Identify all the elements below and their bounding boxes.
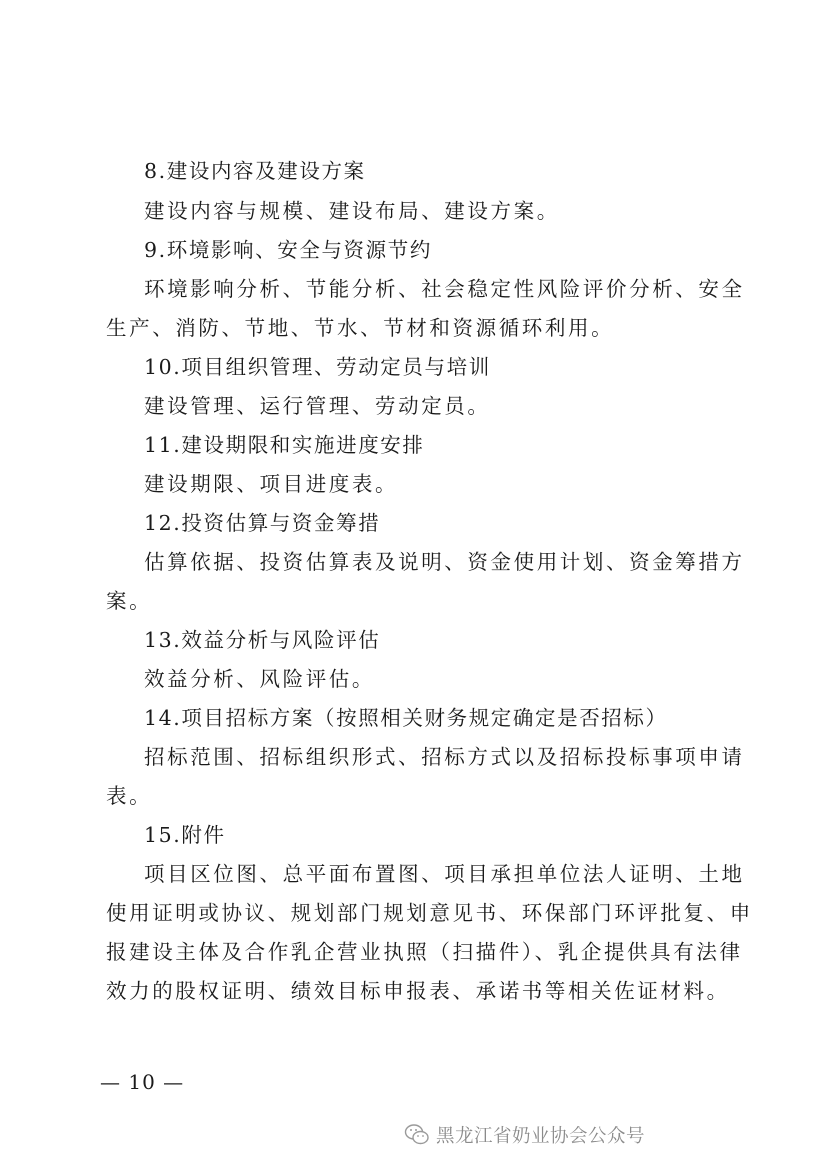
watermark-text: 黑龙江省奶业协会公众号: [436, 1122, 645, 1148]
section-body-line: 建设期限、项目进度表。: [144, 470, 398, 498]
section-body-line: 建设管理、运行管理、劳动定员。: [144, 392, 491, 420]
section-body-line: 招标范围、招标组织形式、招标方式以及招标投标事项申请: [144, 743, 745, 771]
section-heading: 10.项目组织管理、劳动定员与培训: [144, 353, 491, 381]
section-heading: 12.投资估算与资金筹措: [144, 509, 380, 537]
page-number: — 10 —: [100, 1068, 184, 1096]
section-body-line: 生产、消防、节地、节水、节材和资源循环利用。: [106, 314, 614, 342]
section-body-line: 效益分析、风险评估。: [144, 665, 375, 693]
wechat-icon: [404, 1123, 430, 1147]
section-body-line: 使用证明或协议、规划部门规划意见书、环保部门环评批复、申: [106, 899, 753, 927]
section-body-line: 表。: [106, 782, 152, 810]
section-heading: 9.环境影响、安全与资源节约: [144, 236, 432, 264]
section-body-line: 项目区位图、总平面布置图、项目承担单位法人证明、土地: [144, 860, 745, 888]
section-heading: 14.项目招标方案（按照相关财务规定确定是否招标）: [144, 704, 668, 732]
section-body-line: 环境影响分析、节能分析、社会稳定性风险评价分析、安全: [144, 275, 745, 303]
section-heading: 11.建设期限和实施进度安排: [144, 431, 425, 459]
section-heading: 8.建设内容及建设方案: [144, 157, 366, 185]
document-page: 8.建设内容及建设方案 建设内容与规模、建设布局、建设方案。 9.环境影响、安全…: [0, 0, 827, 1170]
section-body-line: 估算依据、投资估算表及说明、资金使用计划、资金筹措方: [144, 548, 745, 576]
section-body-line: 效力的股权证明、绩效目标申报表、承诺书等相关佐证材料。: [106, 977, 730, 1005]
watermark: 黑龙江省奶业协会公众号: [404, 1120, 645, 1150]
section-body-line: 报建设主体及合作乳企营业执照（扫描件）、乳企提供具有法律: [106, 938, 743, 966]
section-body-line: 建设内容与规模、建设布局、建设方案。: [144, 197, 560, 225]
section-body-line: 案。: [106, 587, 152, 615]
section-heading: 15.附件: [144, 821, 226, 849]
section-heading: 13.效益分析与风险评估: [144, 626, 380, 654]
